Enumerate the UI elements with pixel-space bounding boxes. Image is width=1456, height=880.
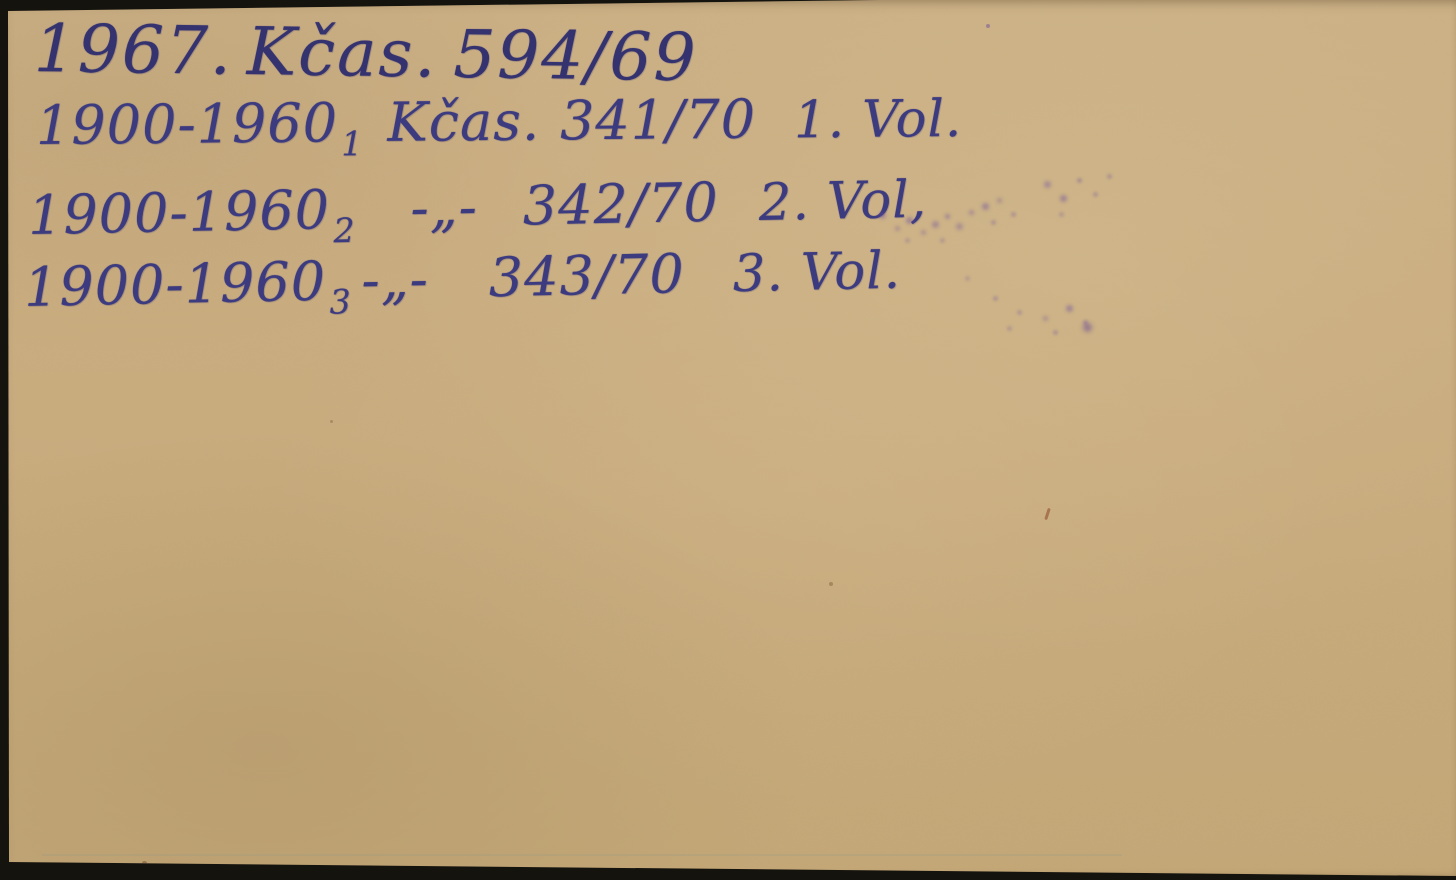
entry-4-volume: 3. Vol. (732, 241, 901, 305)
entry-4-year-range: 1900-1960 (23, 250, 326, 319)
entry-2-number: 341/70 (560, 88, 757, 153)
entry-1-number: 594/69 (453, 16, 698, 96)
entry-2-year-range: 1900-1960 (36, 91, 339, 157)
paper-fleck (829, 582, 833, 586)
ink-speck (986, 24, 990, 28)
paper-fleck (330, 420, 333, 423)
entry-4-number: 343/70 (488, 242, 685, 309)
index-card: 1967. Kčas. 594/69 1900-1960 1 Kčas. 341… (0, 0, 1456, 880)
entry-line-3: 1900-1960 2 -„- 342/70 2. Vol, (27, 167, 927, 247)
paper-fleck (1044, 508, 1051, 520)
entry-3-ditto-mark: -„- (410, 175, 479, 239)
entry-line-1: 1967. Kčas. 594/69 (33, 10, 698, 96)
entry-2-volume: 1. Vol. (794, 89, 963, 150)
scan-streak (42, 854, 1122, 856)
entry-1-label: Kčas. (246, 13, 438, 93)
entry-4-index: 3 (329, 282, 352, 321)
paper-fleck (0, 752, 4, 759)
entry-line-4: 1900-1960 3 -„- 343/70 3. Vol. (23, 238, 901, 319)
entry-2-index: 1 (341, 124, 364, 163)
faded-stamp-impression (845, 168, 850, 173)
entry-3-number: 342/70 (522, 171, 719, 238)
entry-3-volume: 2. Vol, (758, 170, 927, 233)
paper-fleck (142, 861, 147, 865)
entry-3-index: 2 (333, 211, 356, 250)
entry-3-year-range: 1900-1960 (27, 178, 330, 247)
entry-4-ditto-mark: -„- (361, 248, 430, 312)
entry-2-label: Kčas. (387, 90, 540, 154)
entry-line-2: 1900-1960 1 Kčas. 341/70 1. Vol. (36, 86, 963, 157)
entry-1-year: 1967. (33, 10, 233, 90)
